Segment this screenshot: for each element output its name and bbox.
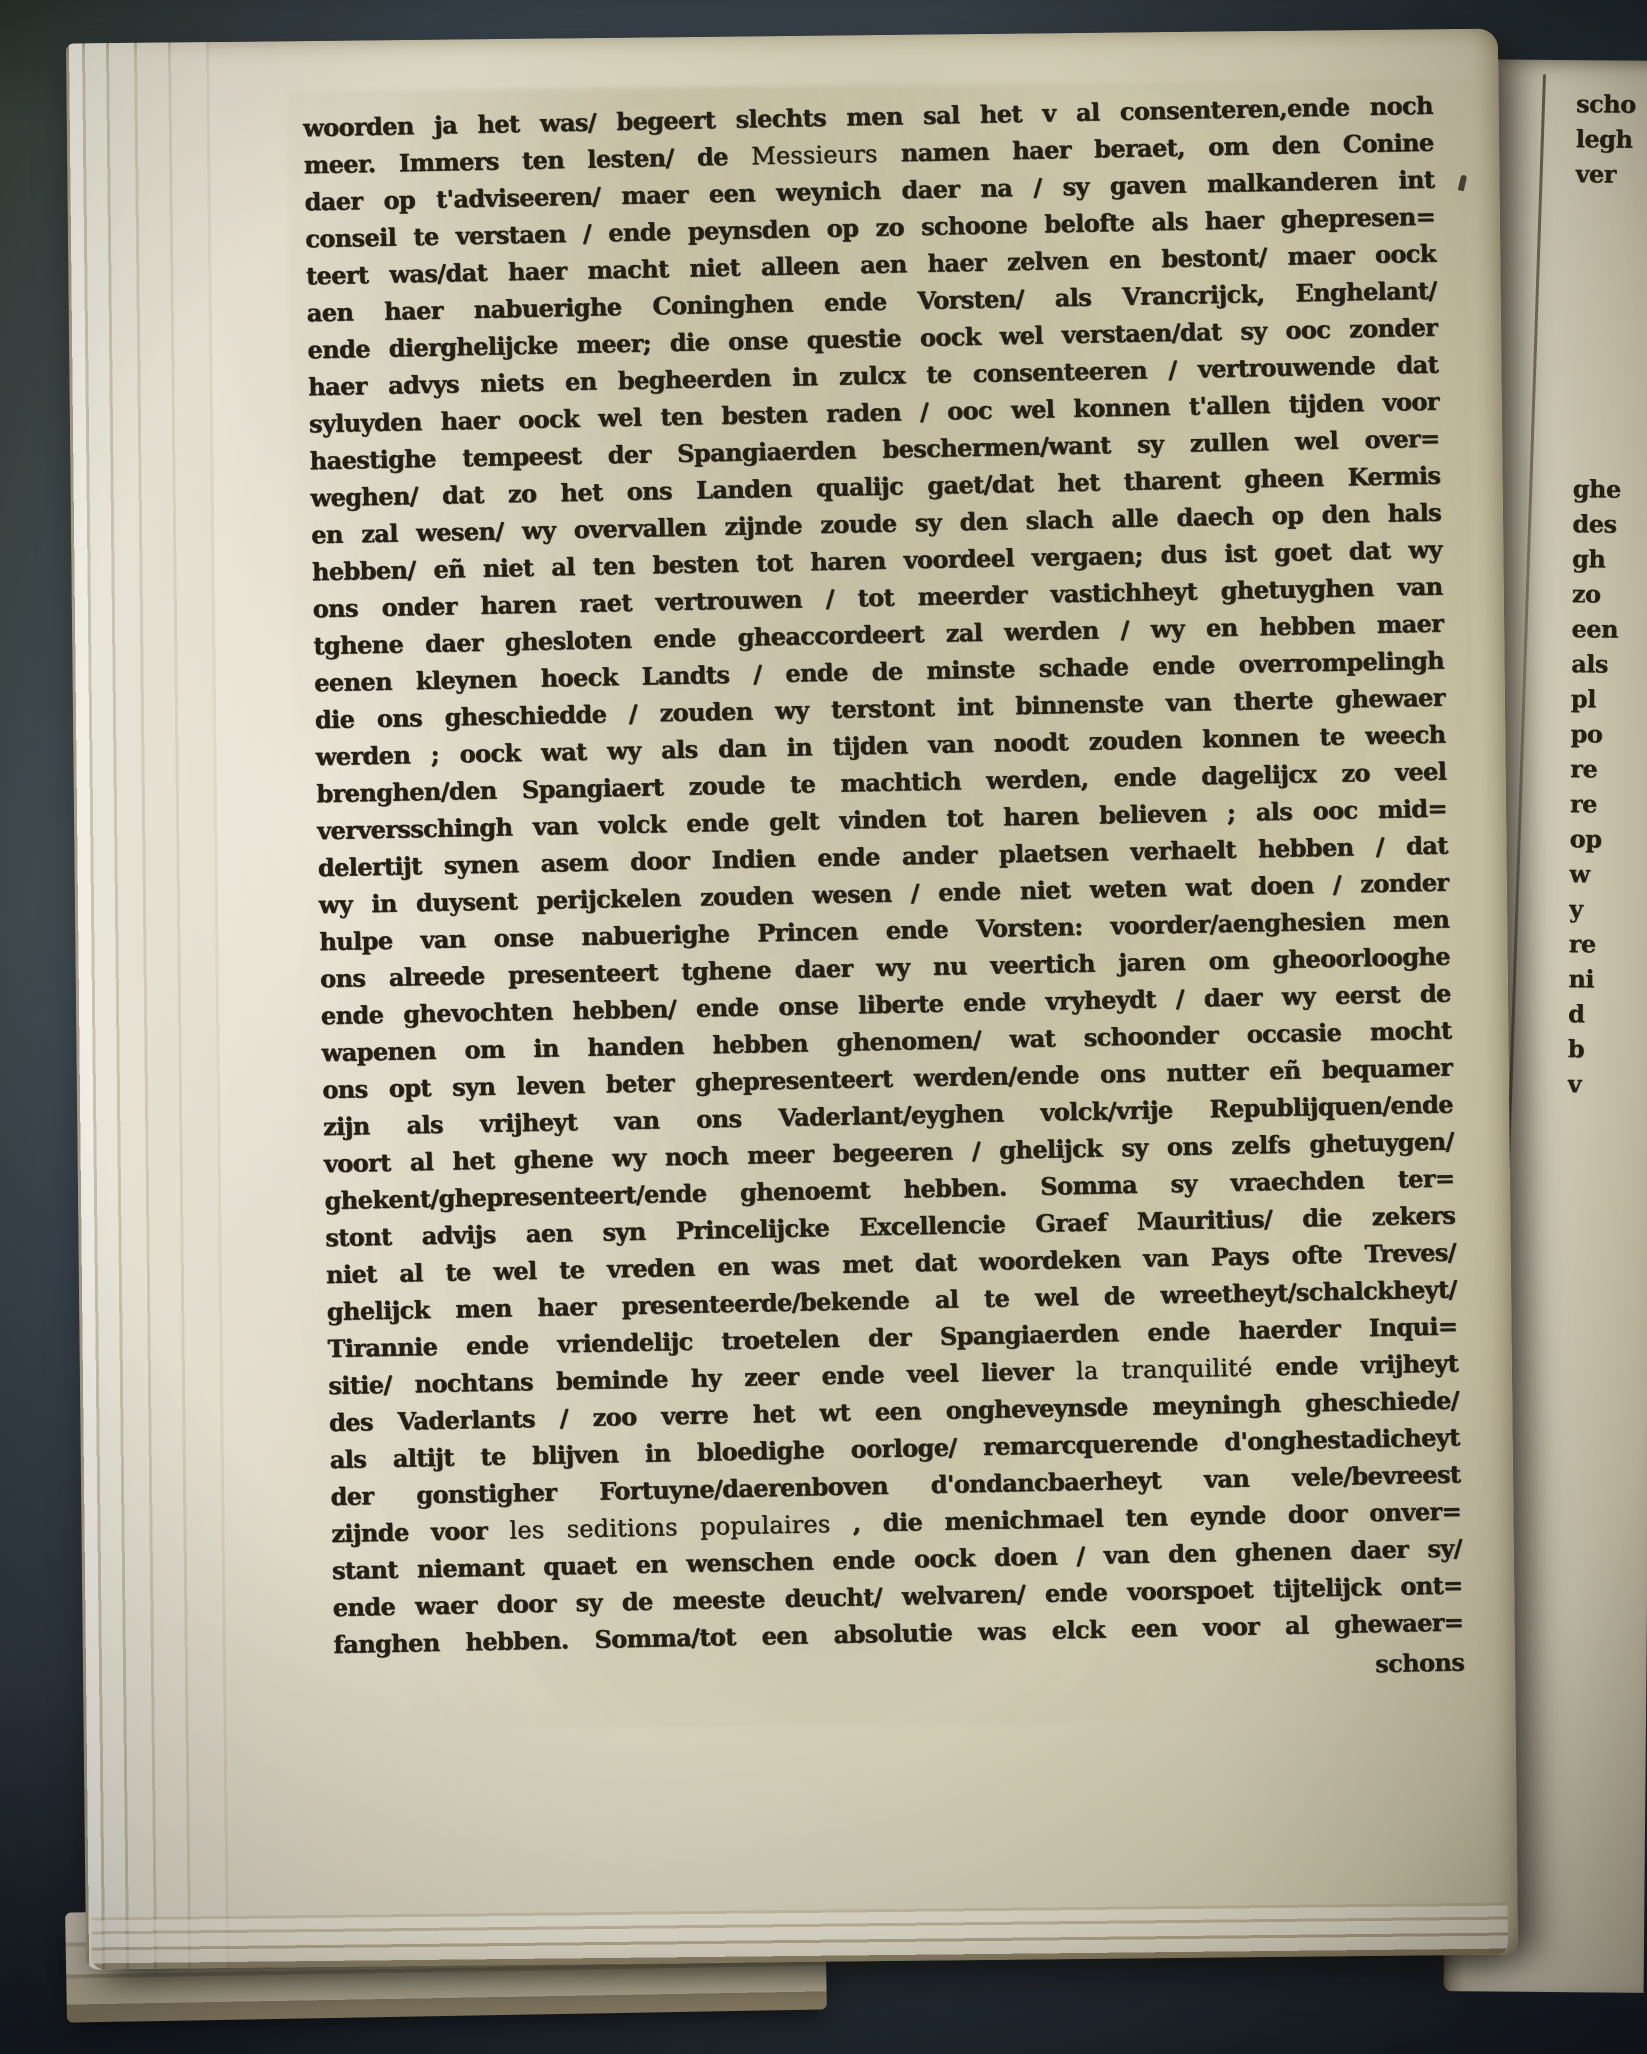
text-fragment: op [1569, 821, 1647, 857]
text-fragment: legh [1576, 121, 1647, 157]
text-fragment: w [1569, 856, 1647, 892]
text-fragment: zo [1572, 576, 1647, 612]
text-fragment: ghe [1573, 471, 1647, 507]
text-fragment: pl [1571, 681, 1647, 717]
text-fragment: ni [1568, 961, 1647, 997]
text-fragment: als [1571, 646, 1647, 682]
text-fragment: d [1568, 996, 1647, 1032]
text-fragment: v [1567, 1066, 1647, 1102]
text-fragment [1567, 1136, 1647, 1172]
text-lines: woorden ja het was/ begeert slechts men … [303, 87, 1464, 1663]
stray-ink-mark [1458, 174, 1468, 191]
text-fragment [1574, 296, 1647, 332]
text-fragment: re [1569, 926, 1647, 962]
text-fragment: een [1571, 611, 1647, 647]
text-fragment: b [1568, 1031, 1647, 1067]
page-edges-left [66, 42, 256, 1970]
text-fragment [1567, 1101, 1647, 1137]
text-block: woorden ja het was/ begeert slechts men … [303, 87, 1465, 1705]
text-fragment: y [1569, 891, 1647, 927]
page-edges-bottom [92, 1897, 1509, 1970]
text-fragment: gh [1572, 541, 1647, 577]
text-fragment [1566, 1206, 1647, 1242]
text-fragment [1573, 401, 1647, 437]
next-page-text-fragments: scholeghverghedesghzoeenalsplporereopwyr… [1566, 86, 1647, 1242]
text-fragment [1574, 261, 1647, 297]
text-fragment [1574, 331, 1647, 367]
text-fragment [1566, 1171, 1647, 1207]
text-fragment [1573, 366, 1647, 402]
text-fragment: re [1570, 786, 1647, 822]
text-fragment: des [1572, 506, 1647, 542]
text-fragment: re [1570, 751, 1647, 787]
text-fragment [1575, 226, 1647, 262]
text-fragment [1573, 436, 1647, 472]
text-fragment [1575, 191, 1647, 227]
photo-of-book: { "colors": { "backdrop": "#46525e", "pa… [0, 0, 1647, 2054]
book-page: woorden ja het was/ begeert slechts men … [66, 29, 1518, 1970]
text-fragment: scho [1576, 86, 1647, 122]
text-fragment: po [1570, 716, 1647, 752]
text-fragment: ver [1575, 156, 1647, 192]
